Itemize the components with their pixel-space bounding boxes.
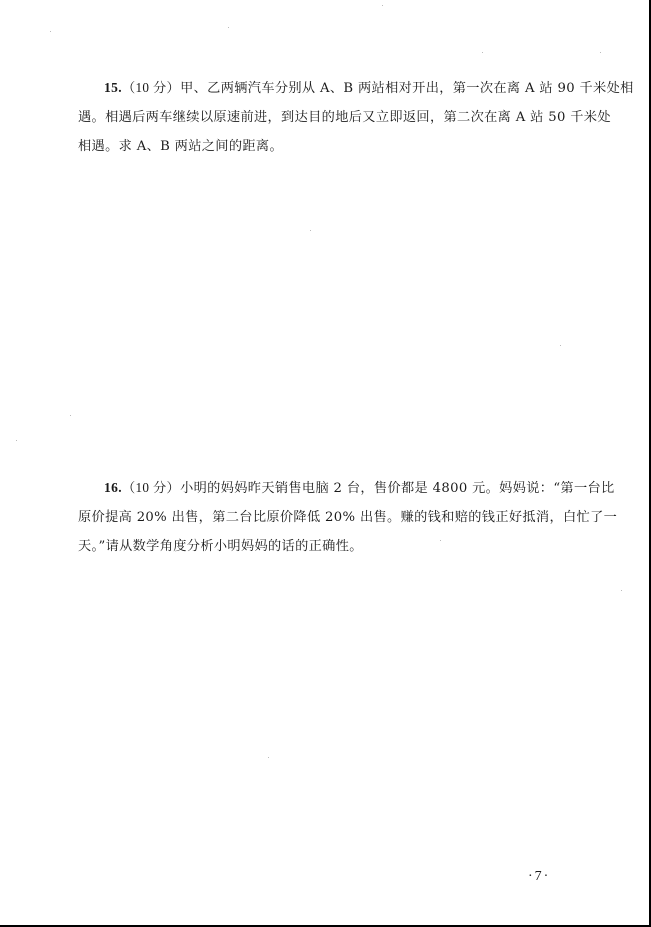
scan-speck [482, 52, 483, 53]
document-page: 15.（10 分）甲、乙两辆汽车分别从 A、B 两站相对开出，第一次在离 A 站… [0, 0, 651, 927]
scan-speck [310, 230, 311, 231]
scan-speck [560, 345, 561, 346]
problem-16-line-3: 天。”请从数学角度分析小明妈妈的话的正确性。 [78, 532, 593, 561]
scan-speck [621, 590, 622, 591]
problem-number: 15. [104, 80, 122, 95]
problem-15-line-3: 相遇。求 A、B 两站之间的距离。 [78, 132, 593, 161]
problem-15-line-2: 遇。相遇后两车继续以原速前进，到达目的地后又立即返回，第二次在离 A 站 50 … [78, 103, 593, 132]
problem-number: 16. [104, 480, 122, 495]
problem-16-line-1: 16.（10 分）小明的妈妈昨天销售电脑 2 台，售价都是 4800 元。妈妈说… [78, 473, 593, 503]
scan-speck [50, 31, 51, 32]
problem-15-line-1: 15.（10 分）甲、乙两辆汽车分别从 A、B 两站相对开出，第一次在离 A 站… [78, 73, 593, 103]
scan-speck [70, 415, 71, 416]
problem-score: （10 分） [122, 80, 180, 95]
problem-16: 16.（10 分）小明的妈妈昨天销售电脑 2 台，售价都是 4800 元。妈妈说… [78, 473, 593, 561]
scan-speck [600, 52, 601, 53]
problem-text: 小明的妈妈昨天销售电脑 2 台，售价都是 4800 元。妈妈说：“第一台比 [180, 481, 614, 496]
scan-speck [16, 440, 17, 441]
scan-speck [268, 757, 269, 758]
problem-text: 甲、乙两辆汽车分别从 A、B 两站相对开出，第一次在离 A 站 90 千米处相 [180, 81, 634, 96]
scan-speck [228, 27, 229, 28]
problem-score: （10 分） [122, 480, 180, 495]
scan-speck [382, 5, 383, 6]
page-number: ·7· [528, 869, 550, 885]
problem-16-line-2: 原价提高 20% 出售，第二台比原价降低 20% 出售。赚的钱和赔的钱正好抵消，… [78, 503, 593, 532]
scan-speck [440, 540, 441, 541]
problem-15: 15.（10 分）甲、乙两辆汽车分别从 A、B 两站相对开出，第一次在离 A 站… [78, 73, 593, 161]
